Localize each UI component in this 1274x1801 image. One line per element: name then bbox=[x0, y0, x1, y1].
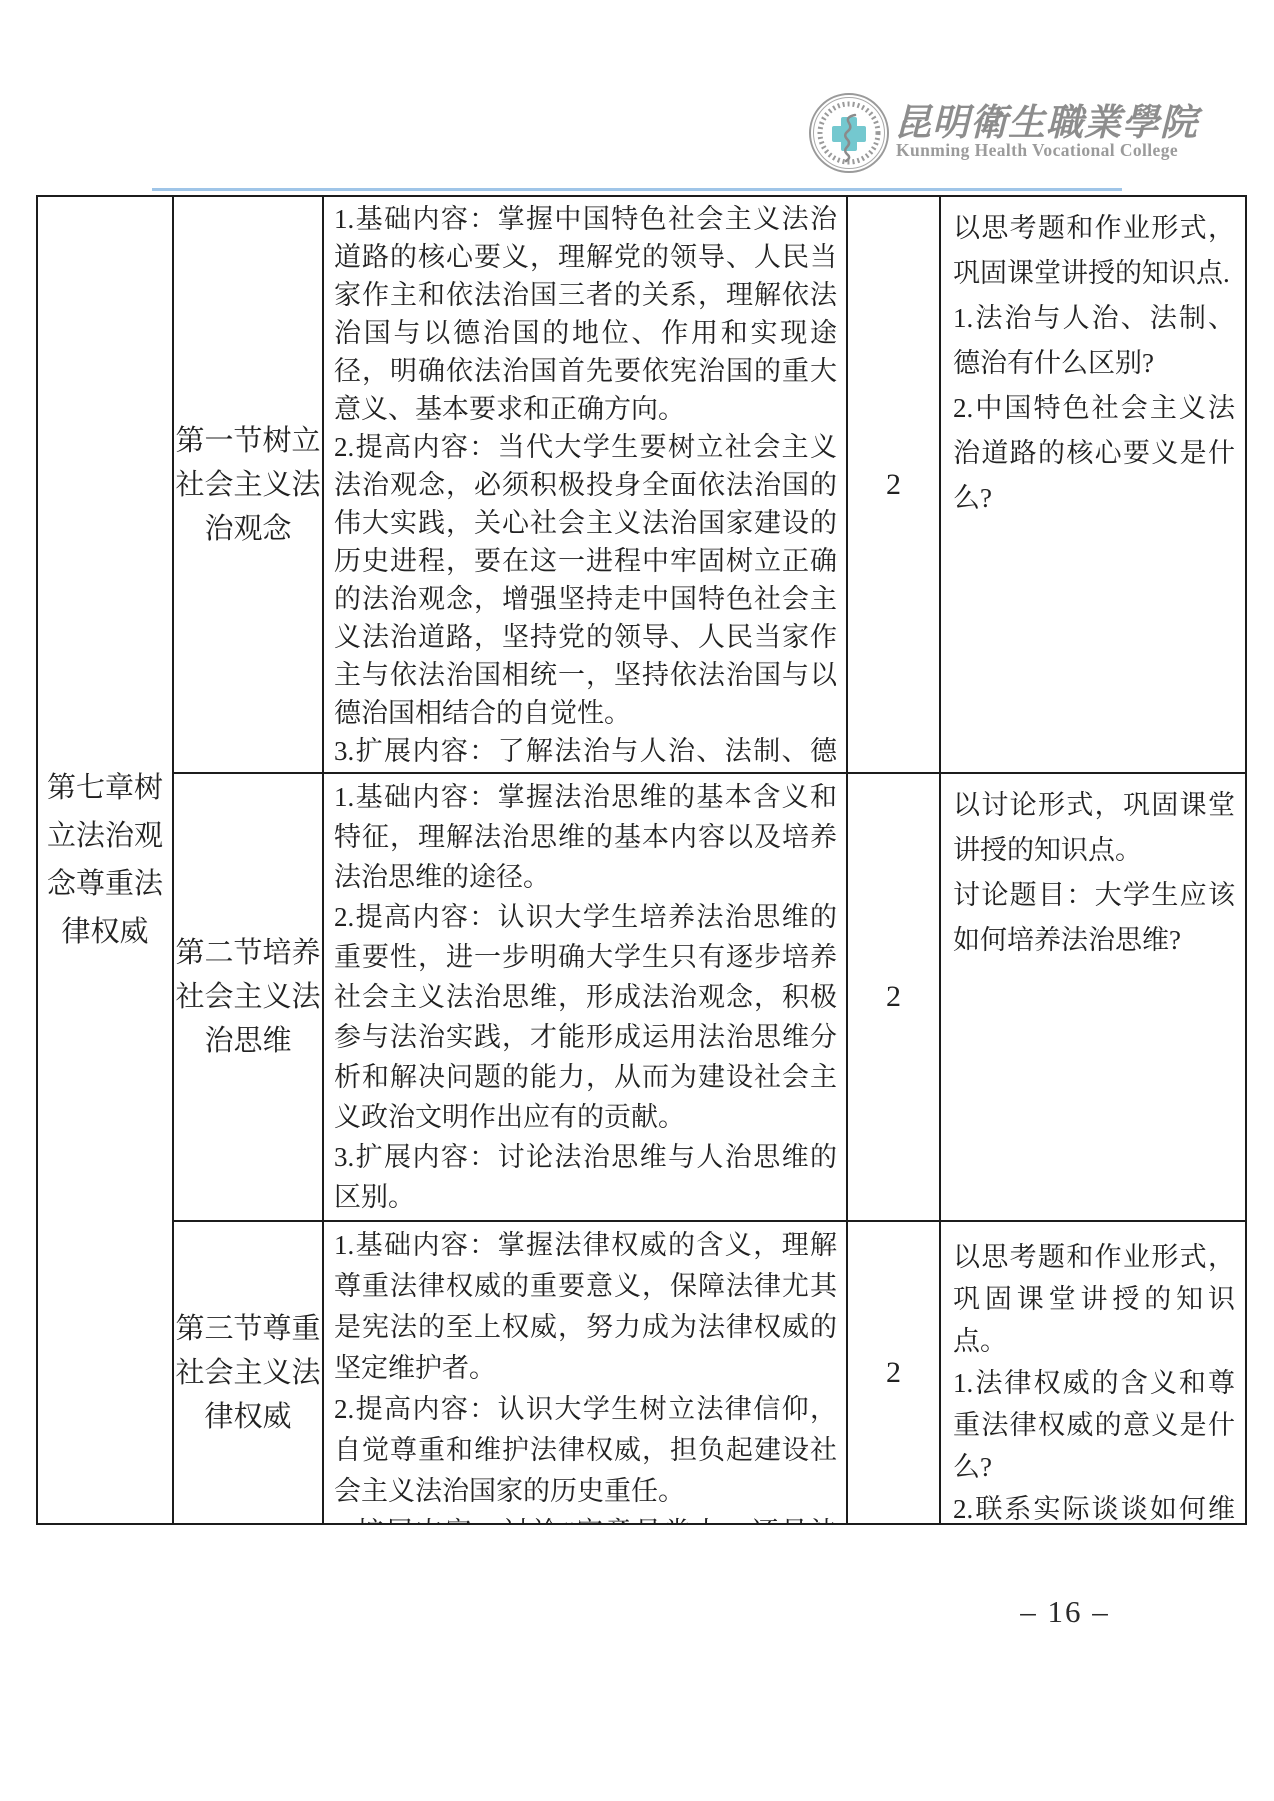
section-line: 社会主义法 bbox=[175, 975, 320, 1019]
homework-cell-2: 以讨论形式，巩固课堂讲授的知识点。 讨论题目：大学生应该如何培养法治思维? bbox=[939, 772, 1245, 1220]
college-name-en: Kunming Health Vocational College bbox=[896, 140, 1196, 161]
content-cell-3: 1.基础内容：掌握法律权威的含义，理解尊重法律权威的重要意义，保障法律尤其是宪法… bbox=[322, 1220, 846, 1523]
section-line: 社会主义法 bbox=[175, 1351, 320, 1395]
content-cell-2: 1.基础内容：掌握法治思维的基本含义和特征，理解法治思维的基本内容以及培养法治思… bbox=[322, 772, 846, 1220]
college-name-zh: 昆明衛生職業學院 bbox=[894, 92, 1194, 140]
section-cell-2: 第二节培养 社会主义法 治思维 bbox=[172, 772, 322, 1220]
section-line: 治思维 bbox=[204, 1019, 291, 1063]
section-line: 第二节培养 bbox=[175, 931, 320, 975]
chapter-line: 律权威 bbox=[61, 908, 148, 956]
page-number: – 16 – bbox=[980, 1594, 1150, 1630]
chapter-line: 第七章树 bbox=[47, 764, 163, 812]
section-cell-3: 第三节尊重 社会主义法 律权威 bbox=[172, 1220, 322, 1523]
section-line: 第一节树立 bbox=[175, 419, 320, 463]
chapter-line: 念尊重法 bbox=[47, 860, 163, 908]
content-cell-1: 1.基础内容：掌握中国特色社会主义法治道路的核心要义，理解党的领导、人民当家作主… bbox=[322, 197, 846, 772]
hours-cell-3: 2 bbox=[846, 1220, 939, 1523]
section-line: 社会主义法 bbox=[175, 463, 320, 507]
homework-cell-3: 以思考题和作业形式，巩固课堂讲授的知识点。 1.法律权威的含义和尊重法律权威的意… bbox=[939, 1220, 1245, 1523]
chapter-cell: 第七章树 立法治观 念尊重法 律权威 bbox=[38, 197, 172, 1523]
college-logo-icon bbox=[808, 91, 890, 175]
section-line: 第三节尊重 bbox=[175, 1307, 320, 1351]
hours-cell-1: 2 bbox=[846, 197, 939, 772]
homework-cell-1: 以思考题和作业形式，巩固课堂讲授的知识点. 1.法治与人治、法制、德治有什么区别… bbox=[939, 197, 1245, 772]
section-line: 律权威 bbox=[204, 1395, 291, 1439]
section-cell-1: 第一节树立 社会主义法 治观念 bbox=[172, 197, 322, 772]
syllabus-table: 第七章树 立法治观 念尊重法 律权威 第一节树立 社会主义法 治观念 1.基础内… bbox=[36, 195, 1247, 1525]
section-line: 治观念 bbox=[204, 507, 291, 551]
hours-cell-2: 2 bbox=[846, 772, 939, 1220]
header-rule-line bbox=[152, 188, 1122, 191]
chapter-line: 立法治观 bbox=[47, 812, 163, 860]
